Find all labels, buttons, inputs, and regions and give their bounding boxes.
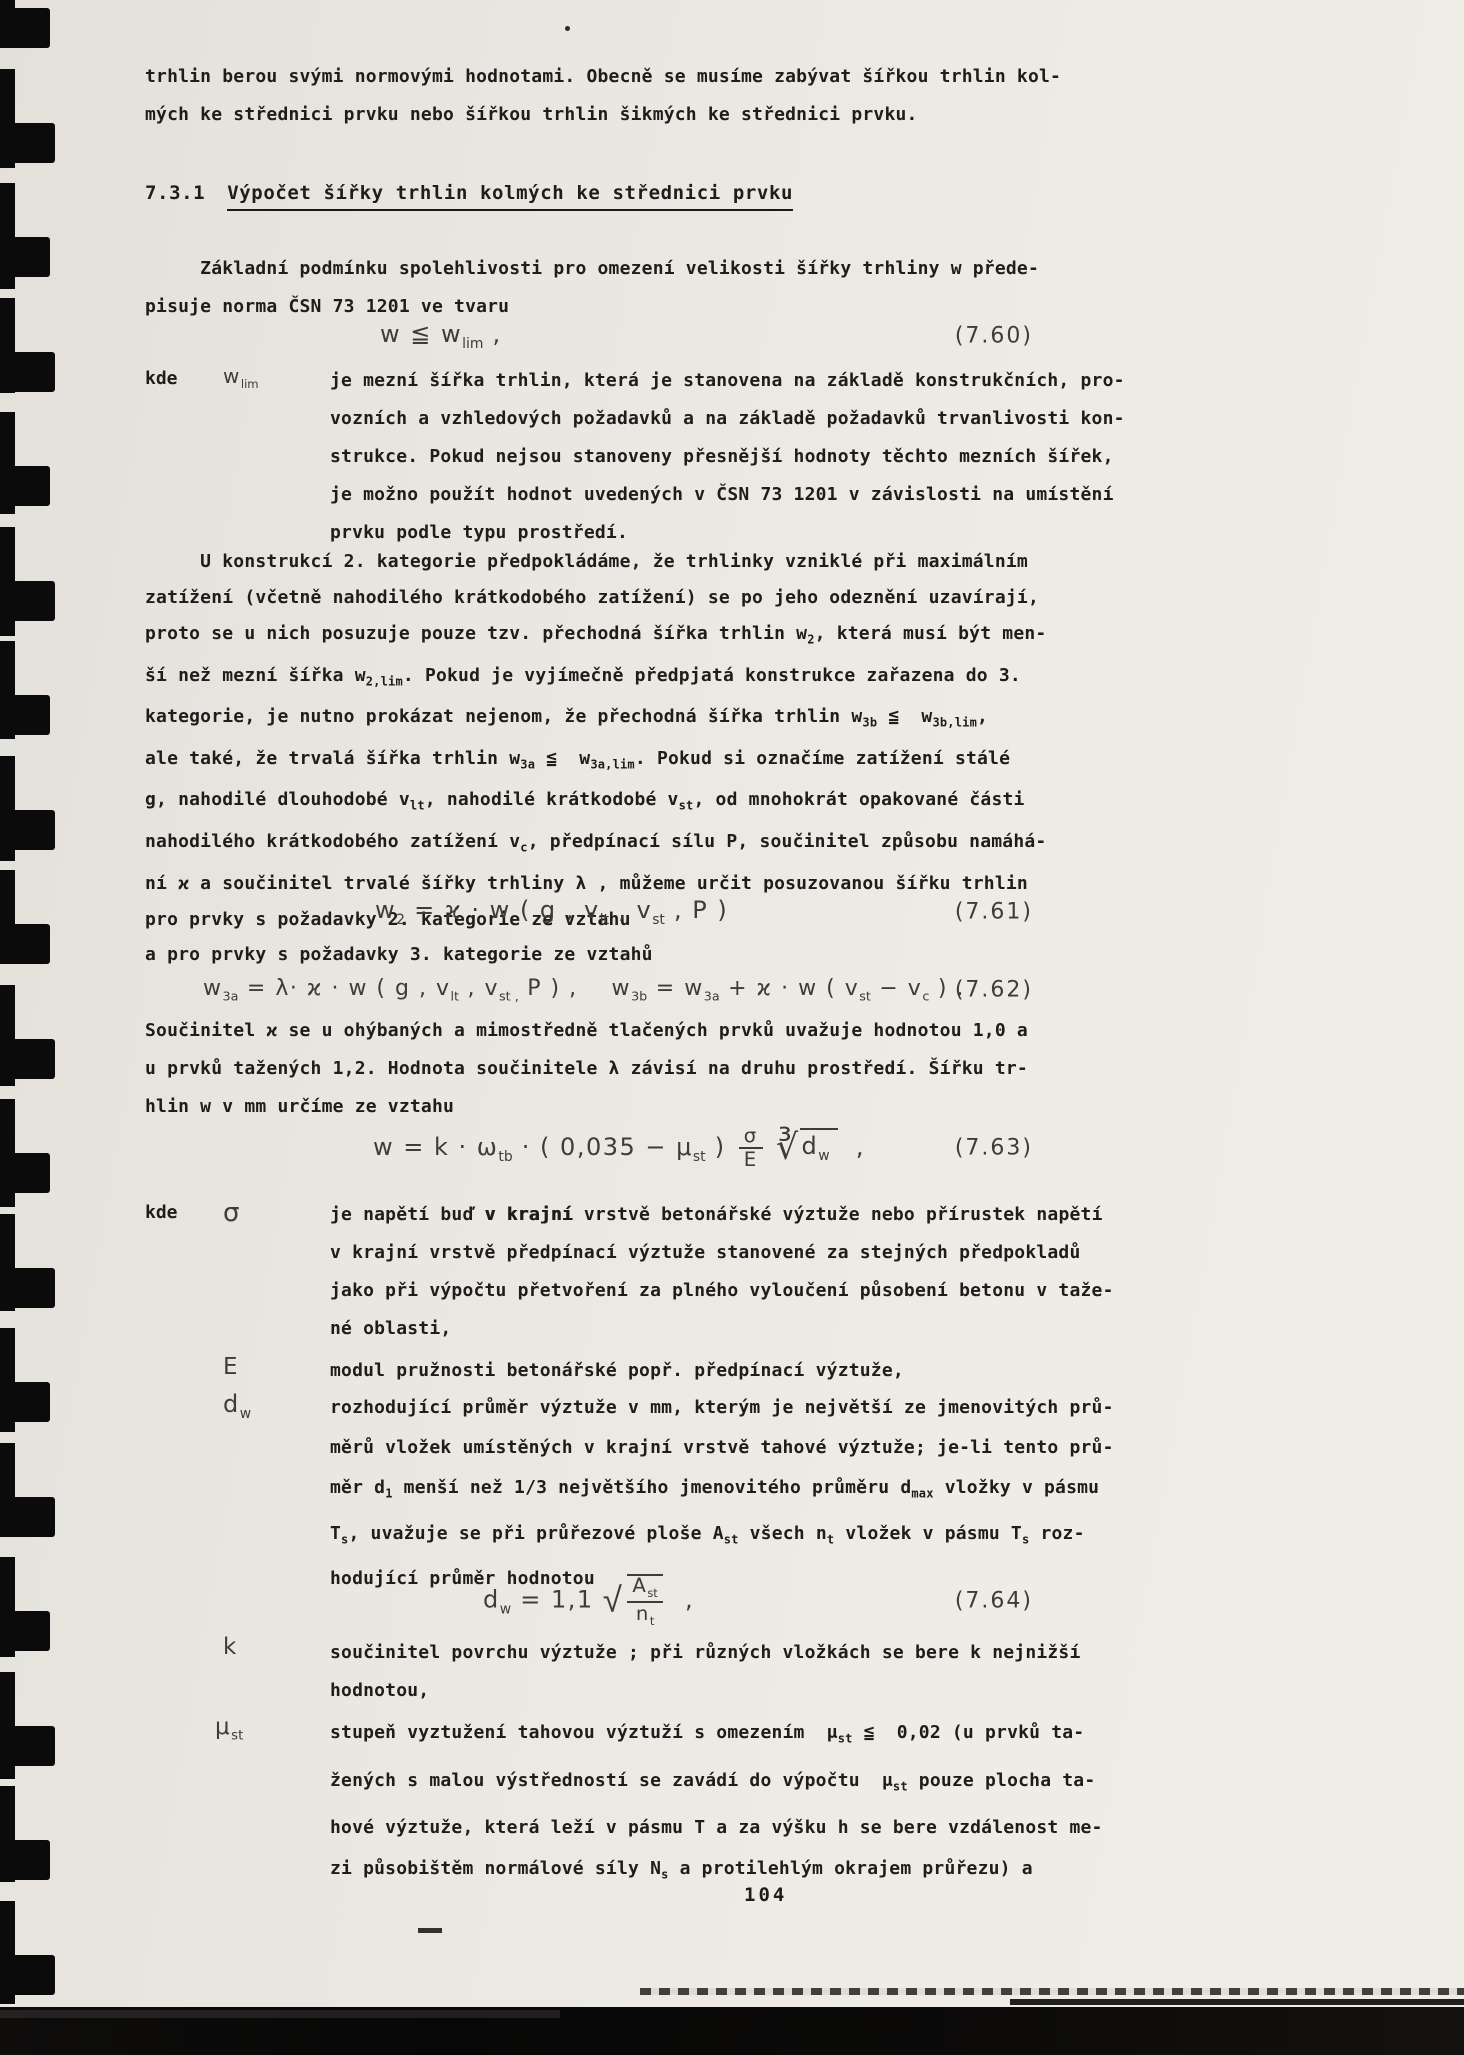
equation-7-60: w ≦ wlim , (7.60) [145, 314, 1085, 358]
binding-tab [0, 581, 55, 621]
text-line: měrů vložek umístěných v krajní vrstvě t… [330, 1428, 1085, 1468]
text-line: hové výztuže, která leží v pásmu T a za … [330, 1807, 1085, 1848]
definition-E-text: modul pružnosti betonářské popř. předpín… [330, 1352, 1085, 1390]
definition-sigma-text: je napětí buď v krajní vrstvě betonářské… [330, 1196, 1085, 1348]
definition-mu-st-text: stupeň vyztužení tahovou výztuží s omeze… [330, 1712, 1085, 1896]
section-number: 7.3.1 [145, 182, 205, 204]
mu-st-symbol: μst [215, 1714, 243, 1744]
text-line: Ts, uvažuje se při průřezové ploše Ast v… [330, 1514, 1085, 1560]
scan-speck [565, 26, 570, 31]
page-number: 104 [744, 1884, 787, 1906]
binding-tab [0, 237, 50, 277]
paragraph-konstrukce: U konstrukcí 2. kategorie předpokládáme,… [145, 544, 1085, 938]
text-line: strukce. Pokud nejsou stanoveny přesnějš… [330, 438, 1085, 476]
text-line: U konstrukcí 2. kategorie předpokládáme,… [145, 544, 1085, 580]
text-line: zatížení (včetně nahodilého krátkodobého… [145, 580, 1085, 616]
text-line: je napětí buď v krajní vrstvě betonářské… [330, 1196, 1085, 1234]
binding-tab [0, 1840, 50, 1880]
equation-7-62-number: (7.62) [955, 978, 1033, 1003]
text-line: nahodilého krátkodobého zatížení vc, pře… [145, 824, 1085, 866]
text-line: ší než mezní šířka w2,lim. Pokud je vyjí… [145, 658, 1085, 700]
definition-mu-st: μst stupeň vyztužení tahovou výztuží s o… [145, 1712, 1085, 1896]
text-line: žených s malou výstředností se zavádí do… [330, 1760, 1085, 1808]
text-line: v krajní vrstvě předpínací výztuže stano… [330, 1234, 1085, 1272]
binding-tab [0, 1153, 50, 1193]
dw-symbol: dw [223, 1390, 251, 1422]
k-symbol: k [223, 1634, 238, 1660]
sigma-symbol: σ [223, 1198, 241, 1228]
text-line: vozních a vzhledových požadavků a na zák… [330, 400, 1085, 438]
binding-tab [0, 1611, 50, 1651]
text-line: g, nahodilé dlouhodobé vlt, nahodilé krá… [145, 782, 1085, 824]
paragraph-top: trhlin berou svými normovými hodnotami. … [145, 58, 1085, 134]
definition-wlim-text: je mezní šířka trhlin, která je stanoven… [330, 362, 1085, 552]
spiral-binding [0, 0, 80, 2055]
scan-edge-speckle [640, 1988, 1464, 1995]
text-line: né oblasti, [330, 1310, 1085, 1348]
binding-tab [0, 1268, 55, 1308]
scan-edge-line [1010, 1999, 1464, 2005]
text-line: proto se u nich posuzuje pouze tzv. přec… [145, 616, 1085, 658]
scan-band-streak [0, 2010, 560, 2018]
equation-7-61-formula: w2 = ϰ · w ( g , vlt , vst , P ) [375, 896, 728, 928]
equation-7-61: w2 = ϰ · w ( g , vlt , vst , P ) (7.61) [145, 890, 1085, 934]
equation-7-64: dw = 1,1 √Astnt , (7.64) [145, 1562, 1085, 1640]
text-line: hodnotou, [330, 1672, 1085, 1710]
wlim-symbol: wlim [223, 364, 259, 391]
binding-tab [0, 466, 50, 506]
definition-k-text: součinitel povrchu výztuže ; při různých… [330, 1634, 1085, 1710]
kde-label: kde [145, 368, 178, 389]
equation-7-63-formula: w = k · ωtb · ( 0,035 − μst ) σE ∛dw , [373, 1126, 865, 1170]
kde-label-2: kde [145, 1202, 178, 1223]
equation-7-62: w3a = λ· ϰ · w ( g , vlt , vst , P ) , w… [145, 968, 1085, 1012]
text-line: Součinitel ϰ se u ohýbaných a mimostředn… [145, 1012, 1085, 1050]
text-line: měr d1 menší než 1/3 největšího jmenovit… [330, 1468, 1085, 1514]
binding-tab [0, 1039, 55, 1079]
scan-mark [418, 1928, 442, 1933]
section-title: Výpočet šířky trhlin kolmých ke střednic… [227, 182, 793, 211]
E-symbol: E [223, 1354, 239, 1380]
binding-tab [0, 1497, 55, 1537]
text-line: mých ke střednici prvku nebo šířkou trhl… [145, 96, 1085, 134]
equation-7-60-number: (7.60) [955, 324, 1033, 349]
binding-tab [0, 810, 55, 850]
equation-7-62-formula: w3a = λ· ϰ · w ( g , vlt , vst , P ) , w… [203, 976, 965, 1004]
definition-k: k součinitel povrchu výztuže ; při různý… [145, 1634, 1085, 1710]
text-line: součinitel povrchu výztuže ; při různých… [330, 1634, 1085, 1672]
definition-sigma: kde σ je napětí buď v krajní vrstvě beto… [145, 1196, 1085, 1348]
equation-7-63: w = k · ωtb · ( 0,035 − μst ) σE ∛dw , (… [145, 1108, 1085, 1188]
text-line: ale také, že trvalá šířka trhlin w3a ≦ w… [145, 741, 1085, 783]
binding-tab [0, 123, 55, 163]
text-line: je mezní šířka trhlin, která je stanoven… [330, 362, 1085, 400]
text-line: trhlin berou svými normovými hodnotami. … [145, 58, 1085, 96]
section-heading: 7.3.1Výpočet šířky trhlin kolmých ke stř… [145, 182, 1085, 204]
text-line: stupeň vyztužení tahovou výztuží s omeze… [330, 1712, 1085, 1760]
binding-tab [0, 695, 50, 735]
binding-tab [0, 1726, 55, 1766]
binding-tab [0, 924, 50, 964]
equation-7-63-number: (7.63) [955, 1136, 1033, 1161]
equation-7-64-formula: dw = 1,1 √Astnt , [483, 1574, 694, 1627]
binding-tab [0, 352, 55, 392]
equation-7-64-number: (7.64) [955, 1589, 1033, 1614]
text-line: kategorie, je nutno prokázat nejenom, že… [145, 699, 1085, 741]
text-line: je možno použít hodnot uvedených v ČSN 7… [330, 476, 1085, 514]
text-line: modul pružnosti betonářské popř. předpín… [330, 1352, 1085, 1390]
definition-wlim: kde wlim je mezní šířka trhlin, která je… [145, 362, 1085, 552]
text-line: jako při výpočtu přetvoření za plného vy… [330, 1272, 1085, 1310]
scanned-page: trhlin berou svými normovými hodnotami. … [0, 0, 1464, 2055]
text-line: rozhodující průměr výztuže v mm, kterým … [330, 1388, 1085, 1428]
binding-tab [0, 1955, 55, 1995]
text-line: Základní podmínku spolehlivosti pro omez… [145, 250, 1085, 288]
binding-tab [0, 8, 50, 48]
equation-7-61-number: (7.61) [955, 900, 1033, 925]
equation-7-60-formula: w ≦ wlim , [380, 320, 502, 352]
text-line: u prvků tažených 1,2. Hodnota součinitel… [145, 1050, 1085, 1088]
binding-tab [0, 1382, 50, 1422]
text-line: zi působištěm normálové síly Ns a protil… [330, 1848, 1085, 1896]
definition-E: E modul pružnosti betonářské popř. předp… [145, 1352, 1085, 1390]
